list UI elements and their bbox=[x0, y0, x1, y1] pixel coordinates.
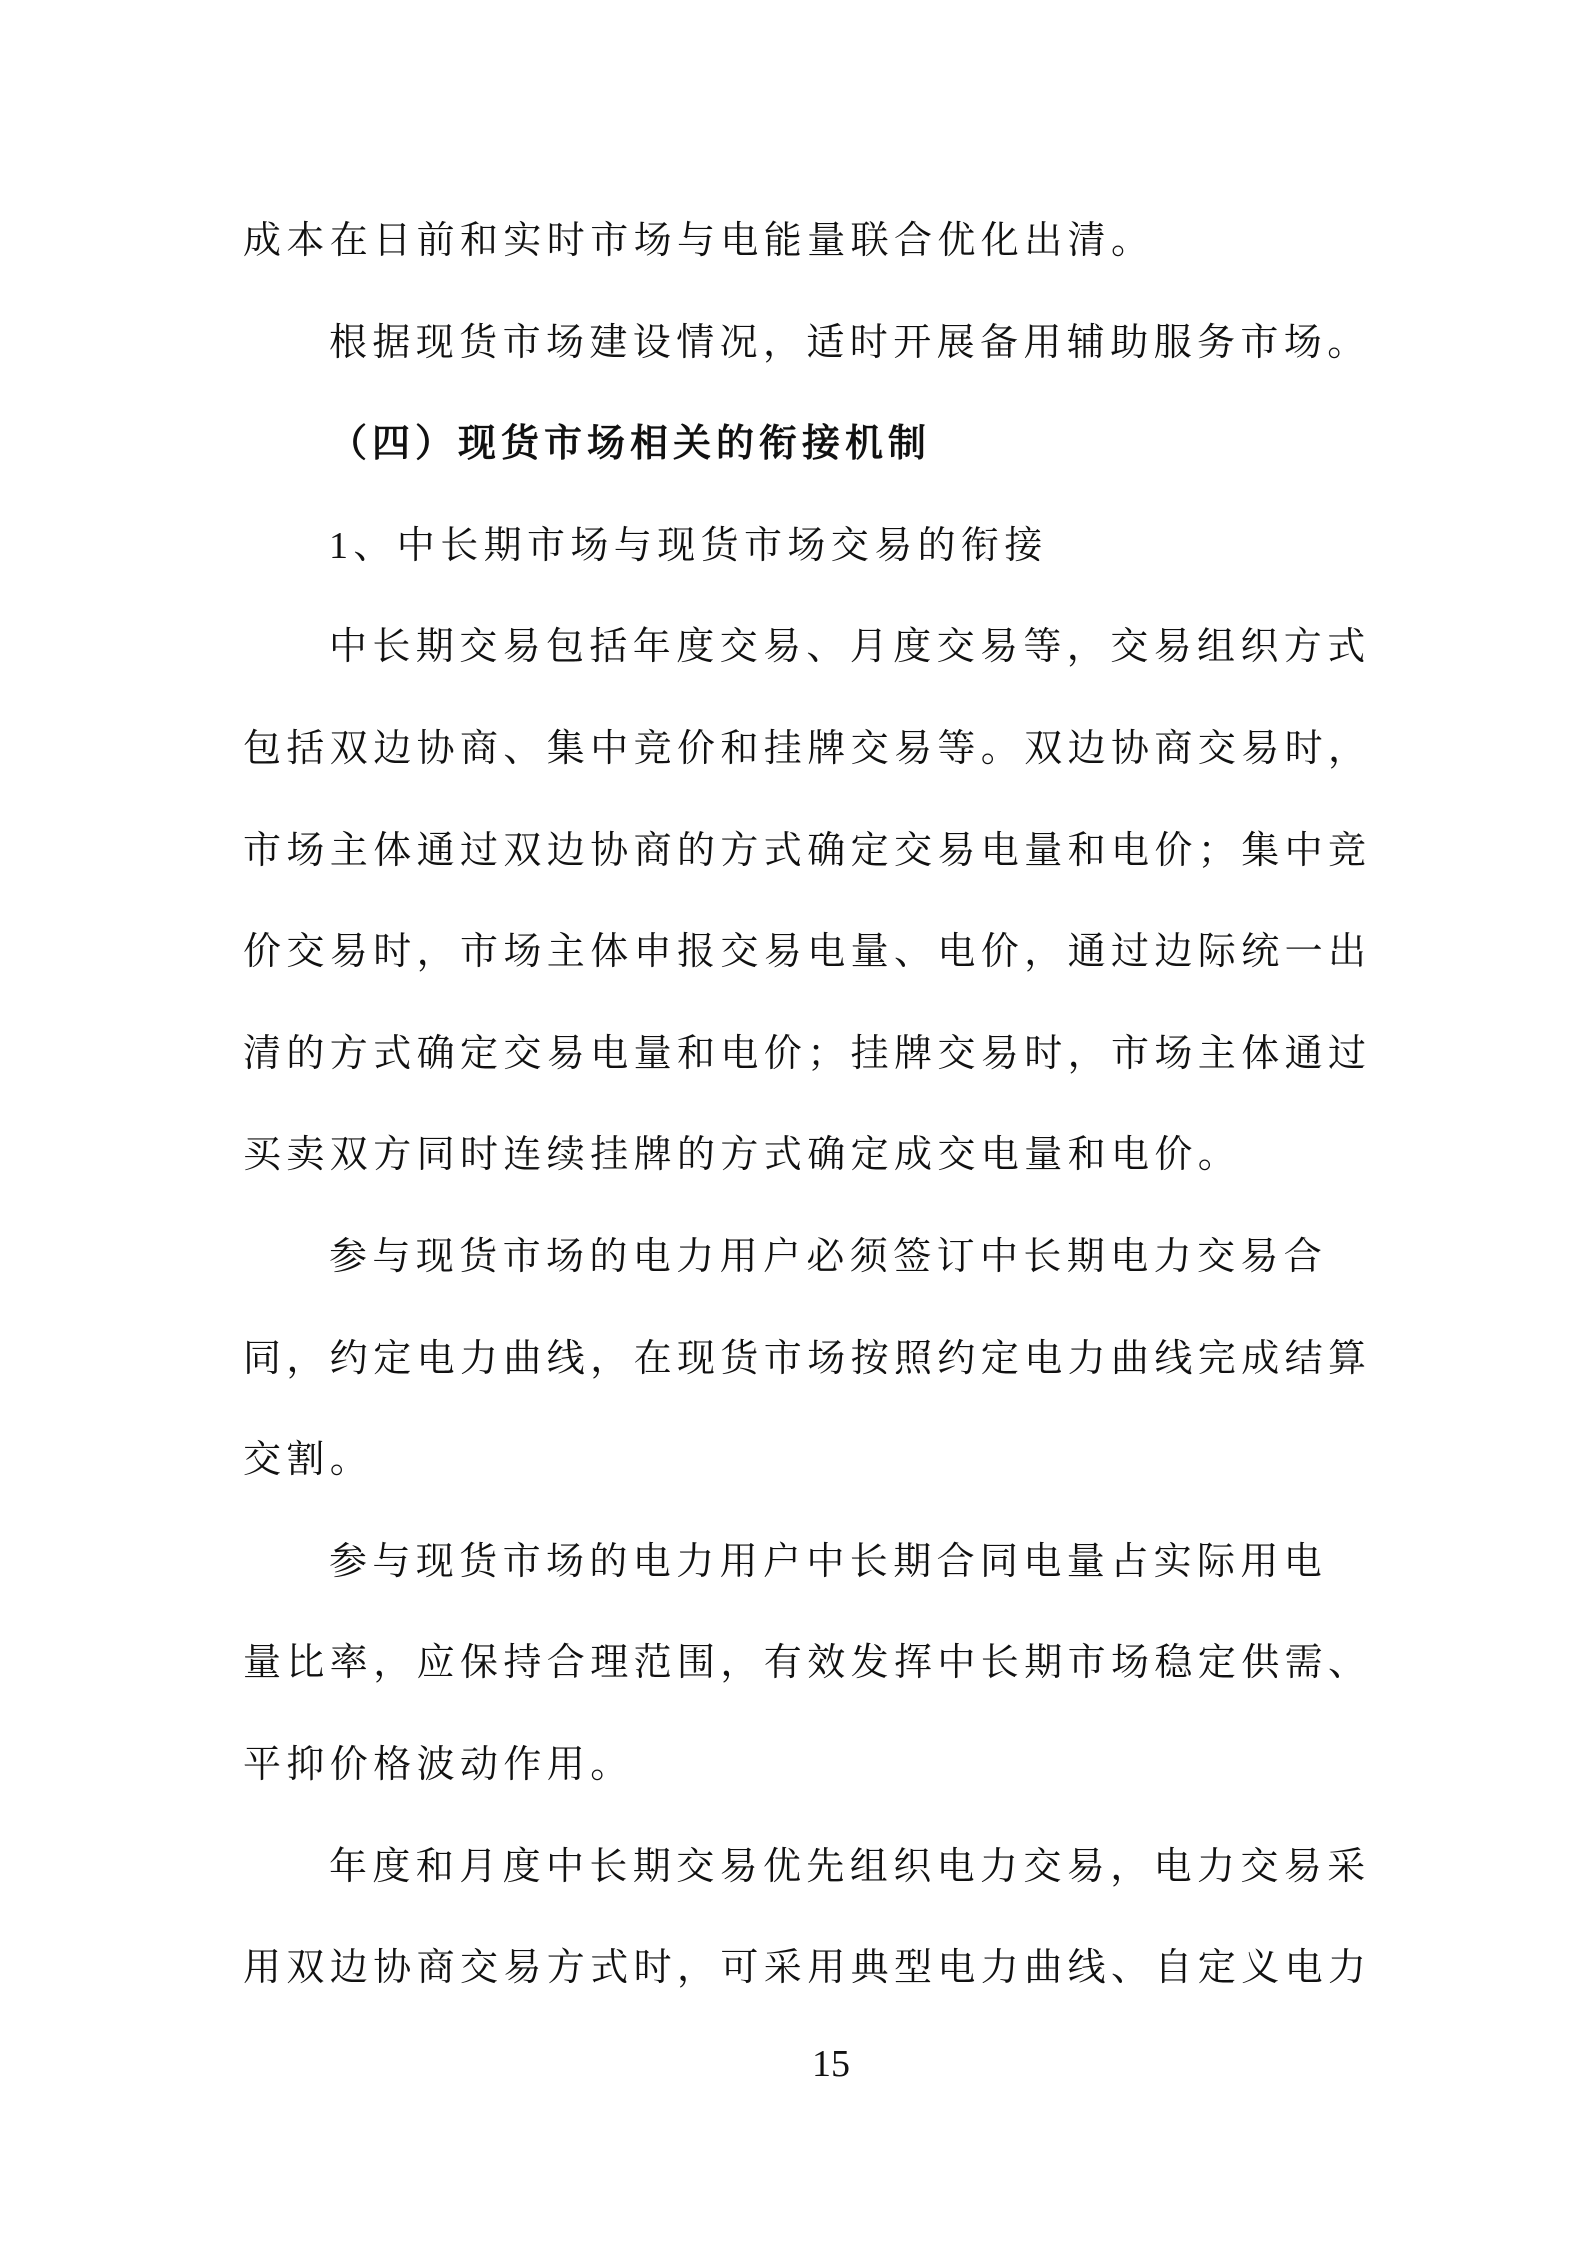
paragraph-line: 根据现货市场建设情况，适时开展备用辅助服务市场。 bbox=[329, 313, 1371, 373]
paragraph-line: 用双边协商交易方式时，可采用典型电力曲线、自定义电力 bbox=[243, 1938, 1371, 1998]
paragraph-line: 同，约定电力曲线，在现货市场按照约定电力曲线完成结算 bbox=[243, 1329, 1371, 1389]
paragraph-line: 价交易时，市场主体申报交易电量、电价，通过边际统一出 bbox=[243, 922, 1371, 982]
paragraph-line: 市场主体通过双边协商的方式确定交易电量和电价；集中竞 bbox=[243, 821, 1371, 881]
paragraph-line: 交割。 bbox=[243, 1430, 373, 1490]
page-number: 15 bbox=[791, 2040, 871, 2088]
paragraph-line: 量比率，应保持合理范围，有效发挥中长期市场稳定供需、 bbox=[243, 1633, 1371, 1693]
subsection-heading: 1、中长期市场与现货市场交易的衔接 bbox=[329, 516, 1048, 576]
paragraph-line: 成本在日前和实时市场与电能量联合优化出清。 bbox=[243, 211, 1154, 271]
paragraph-line: 参与现货市场的电力用户中长期合同电量占实际用电 bbox=[329, 1532, 1327, 1592]
paragraph-line: 清的方式确定交易电量和电价；挂牌交易时，市场主体通过 bbox=[243, 1024, 1371, 1084]
paragraph-line: 平抑价格波动作用。 bbox=[243, 1735, 634, 1795]
paragraph-line: 参与现货市场的电力用户必须签订中长期电力交易合 bbox=[329, 1227, 1327, 1287]
paragraph-line: 买卖双方同时连续挂牌的方式确定成交电量和电价。 bbox=[243, 1125, 1241, 1185]
paragraph-line: 中长期交易包括年度交易、月度交易等，交易组织方式 bbox=[329, 617, 1371, 677]
document-page: 成本在日前和实时市场与电能量联合优化出清。 根据现货市场建设情况，适时开展备用辅… bbox=[0, 0, 1587, 2245]
paragraph-line: 年度和月度中长期交易优先组织电力交易，电力交易采 bbox=[329, 1837, 1371, 1897]
section-heading: （四）现货市场相关的衔接机制 bbox=[329, 414, 931, 474]
paragraph-line: 包括双边协商、集中竞价和挂牌交易等。双边协商交易时， bbox=[243, 719, 1371, 779]
